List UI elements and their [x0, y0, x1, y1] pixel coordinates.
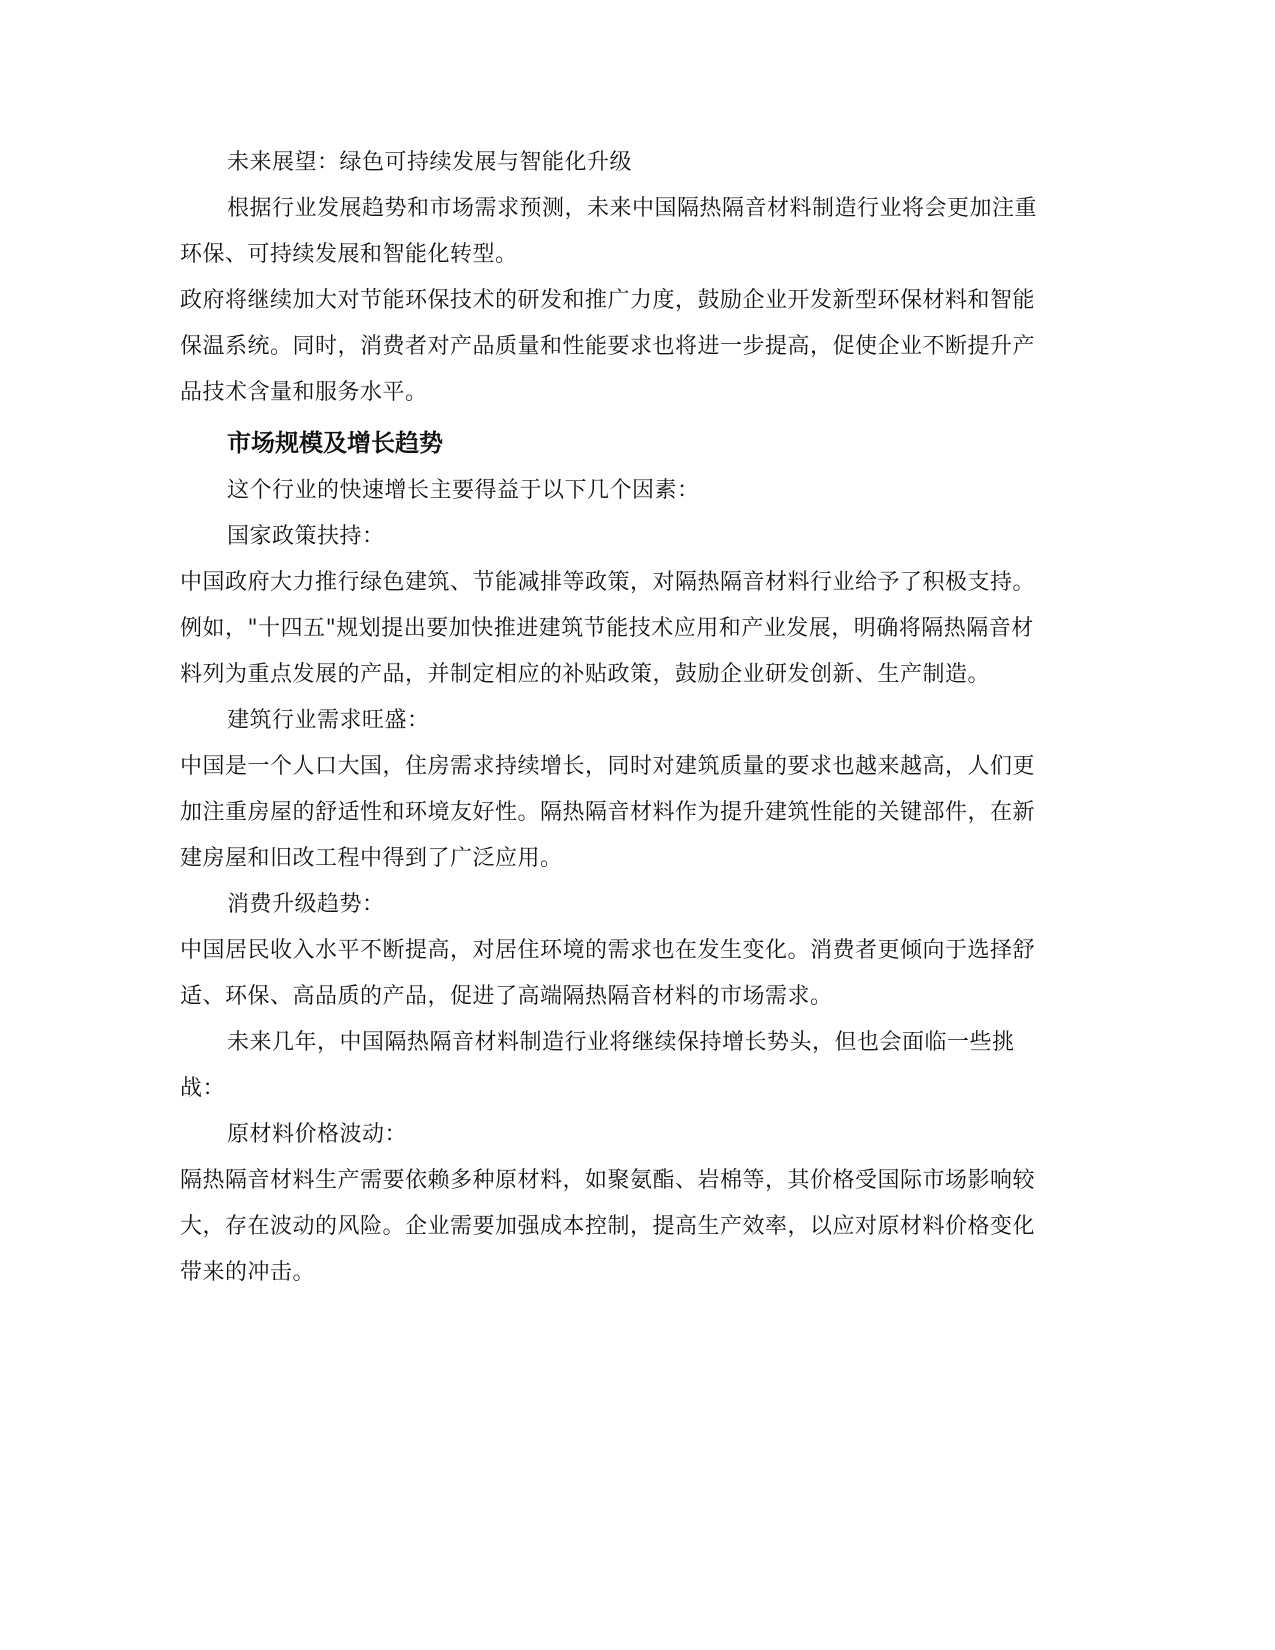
document-page: 未来展望：绿色可持续发展与智能化升级 根据行业发展趋势和市场需求预测，未来中国隔…	[180, 140, 1040, 1296]
paragraph-consumption-upgrade: 中国居民收入水平不断提高，对居住环境的需求也在发生变化。消费者更倾向于选择舒适、…	[180, 928, 1040, 1020]
label-policy-support: 国家政策扶持：	[180, 514, 1040, 560]
label-construction-demand: 建筑行业需求旺盛：	[180, 698, 1040, 744]
paragraph-government: 政府将继续加大对节能环保技术的研发和推广力度，鼓励企业开发新型环保材料和智能保温…	[180, 278, 1040, 416]
paragraph-outlook-intro: 根据行业发展趋势和市场需求预测，未来中国隔热隔音材料制造行业将会更加注重环保、可…	[180, 186, 1040, 278]
paragraph-challenges-intro: 未来几年，中国隔热隔音材料制造行业将继续保持增长势头，但也会面临一些挑战：	[180, 1020, 1040, 1112]
paragraph-raw-material: 隔热隔音材料生产需要依赖多种原材料，如聚氨酯、岩棉等，其价格受国际市场影响较大，…	[180, 1158, 1040, 1296]
label-consumption-upgrade: 消费升级趋势：	[180, 882, 1040, 928]
heading-market-size: 市场规模及增长趋势	[180, 418, 1040, 468]
section-title-outlook: 未来展望：绿色可持续发展与智能化升级	[180, 140, 1040, 186]
paragraph-policy-support: 中国政府大力推行绿色建筑、节能减排等政策，对隔热隔音材料行业给予了积极支持。例如…	[180, 560, 1040, 698]
paragraph-factors-intro: 这个行业的快速增长主要得益于以下几个因素：	[180, 468, 1040, 514]
label-raw-material: 原材料价格波动：	[180, 1112, 1040, 1158]
paragraph-construction-demand: 中国是一个人口大国，住房需求持续增长，同时对建筑质量的要求也越来越高，人们更加注…	[180, 744, 1040, 882]
